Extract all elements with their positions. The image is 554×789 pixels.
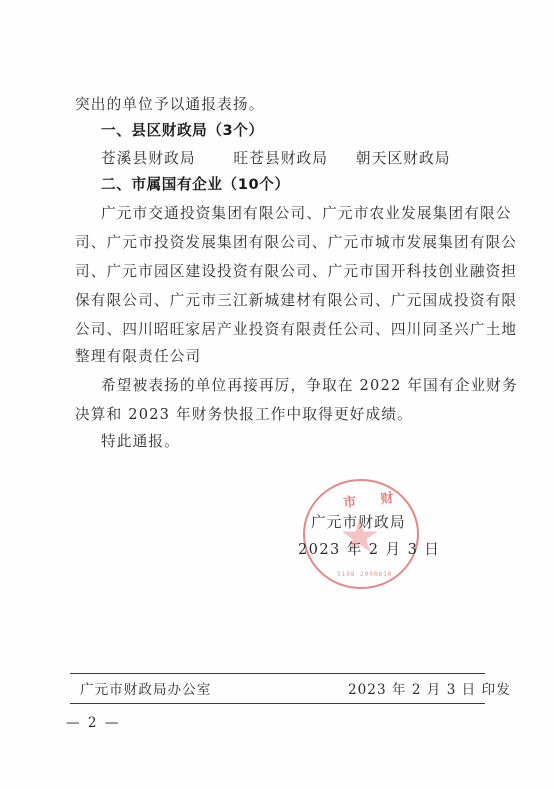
county-item: 朝天区财政局 xyxy=(356,149,451,169)
footer-top-rule xyxy=(70,673,485,674)
seal-bottom-text: 5108 2000010 xyxy=(337,571,392,578)
page-number: — 2 — xyxy=(66,714,120,732)
closing-line: 希望被表扬的单位再接再厉，争取在 2022 年国有企业财务 xyxy=(101,376,485,396)
closing-line: 决算和 2023 年财务快报工作中取得更好成绩。 xyxy=(75,405,485,425)
county-item: 苍溪县财政局 xyxy=(101,149,196,169)
footer-bottom-rule xyxy=(70,703,485,704)
section1-heading: 一、县区财政局（3个） xyxy=(101,121,264,141)
section2-heading: 二、市属国有企业（10个） xyxy=(101,175,290,195)
section2-line: 广元市交通投资集团有限公司、广元市农业发展集团有限公 xyxy=(101,204,485,224)
footer-issuer: 广元市财政局办公室 xyxy=(80,681,211,699)
section1-list: 苍溪县财政局 旺苍县财政局 朝天区财政局 xyxy=(101,149,451,169)
opening-tail-text: 突出的单位予以通报表扬。 xyxy=(75,95,485,115)
signature-date: 2023 年 2 月 3 日 xyxy=(298,540,440,560)
county-item: 旺苍县财政局 xyxy=(233,149,328,169)
section2-line: 司、广元市园区建设投资有限公司、广元市国开科技创业融资担 xyxy=(75,262,485,282)
section2-line: 公司、四川昭旺家居产业投资有限责任公司、四川同圣兴广土地 xyxy=(75,320,485,340)
official-seal: 市 财 ★ 5108 2000010 xyxy=(303,479,419,589)
footer-issue-date: 2023 年 2 月 3 日 印发 xyxy=(348,681,511,699)
closing-final: 特此通报。 xyxy=(101,432,180,452)
signature-org: 广元市财政局 xyxy=(311,513,406,533)
section2-line: 整理有限责任公司 xyxy=(75,347,485,367)
section2-line: 司、广元市投资发展集团有限公司、广元市城市发展集团有限公 xyxy=(75,233,485,253)
section2-line: 保有限公司、广元市三江新城建材有限公司、广元国成投资有限 xyxy=(75,291,485,311)
seal-top-text: 市 财 xyxy=(342,486,404,511)
